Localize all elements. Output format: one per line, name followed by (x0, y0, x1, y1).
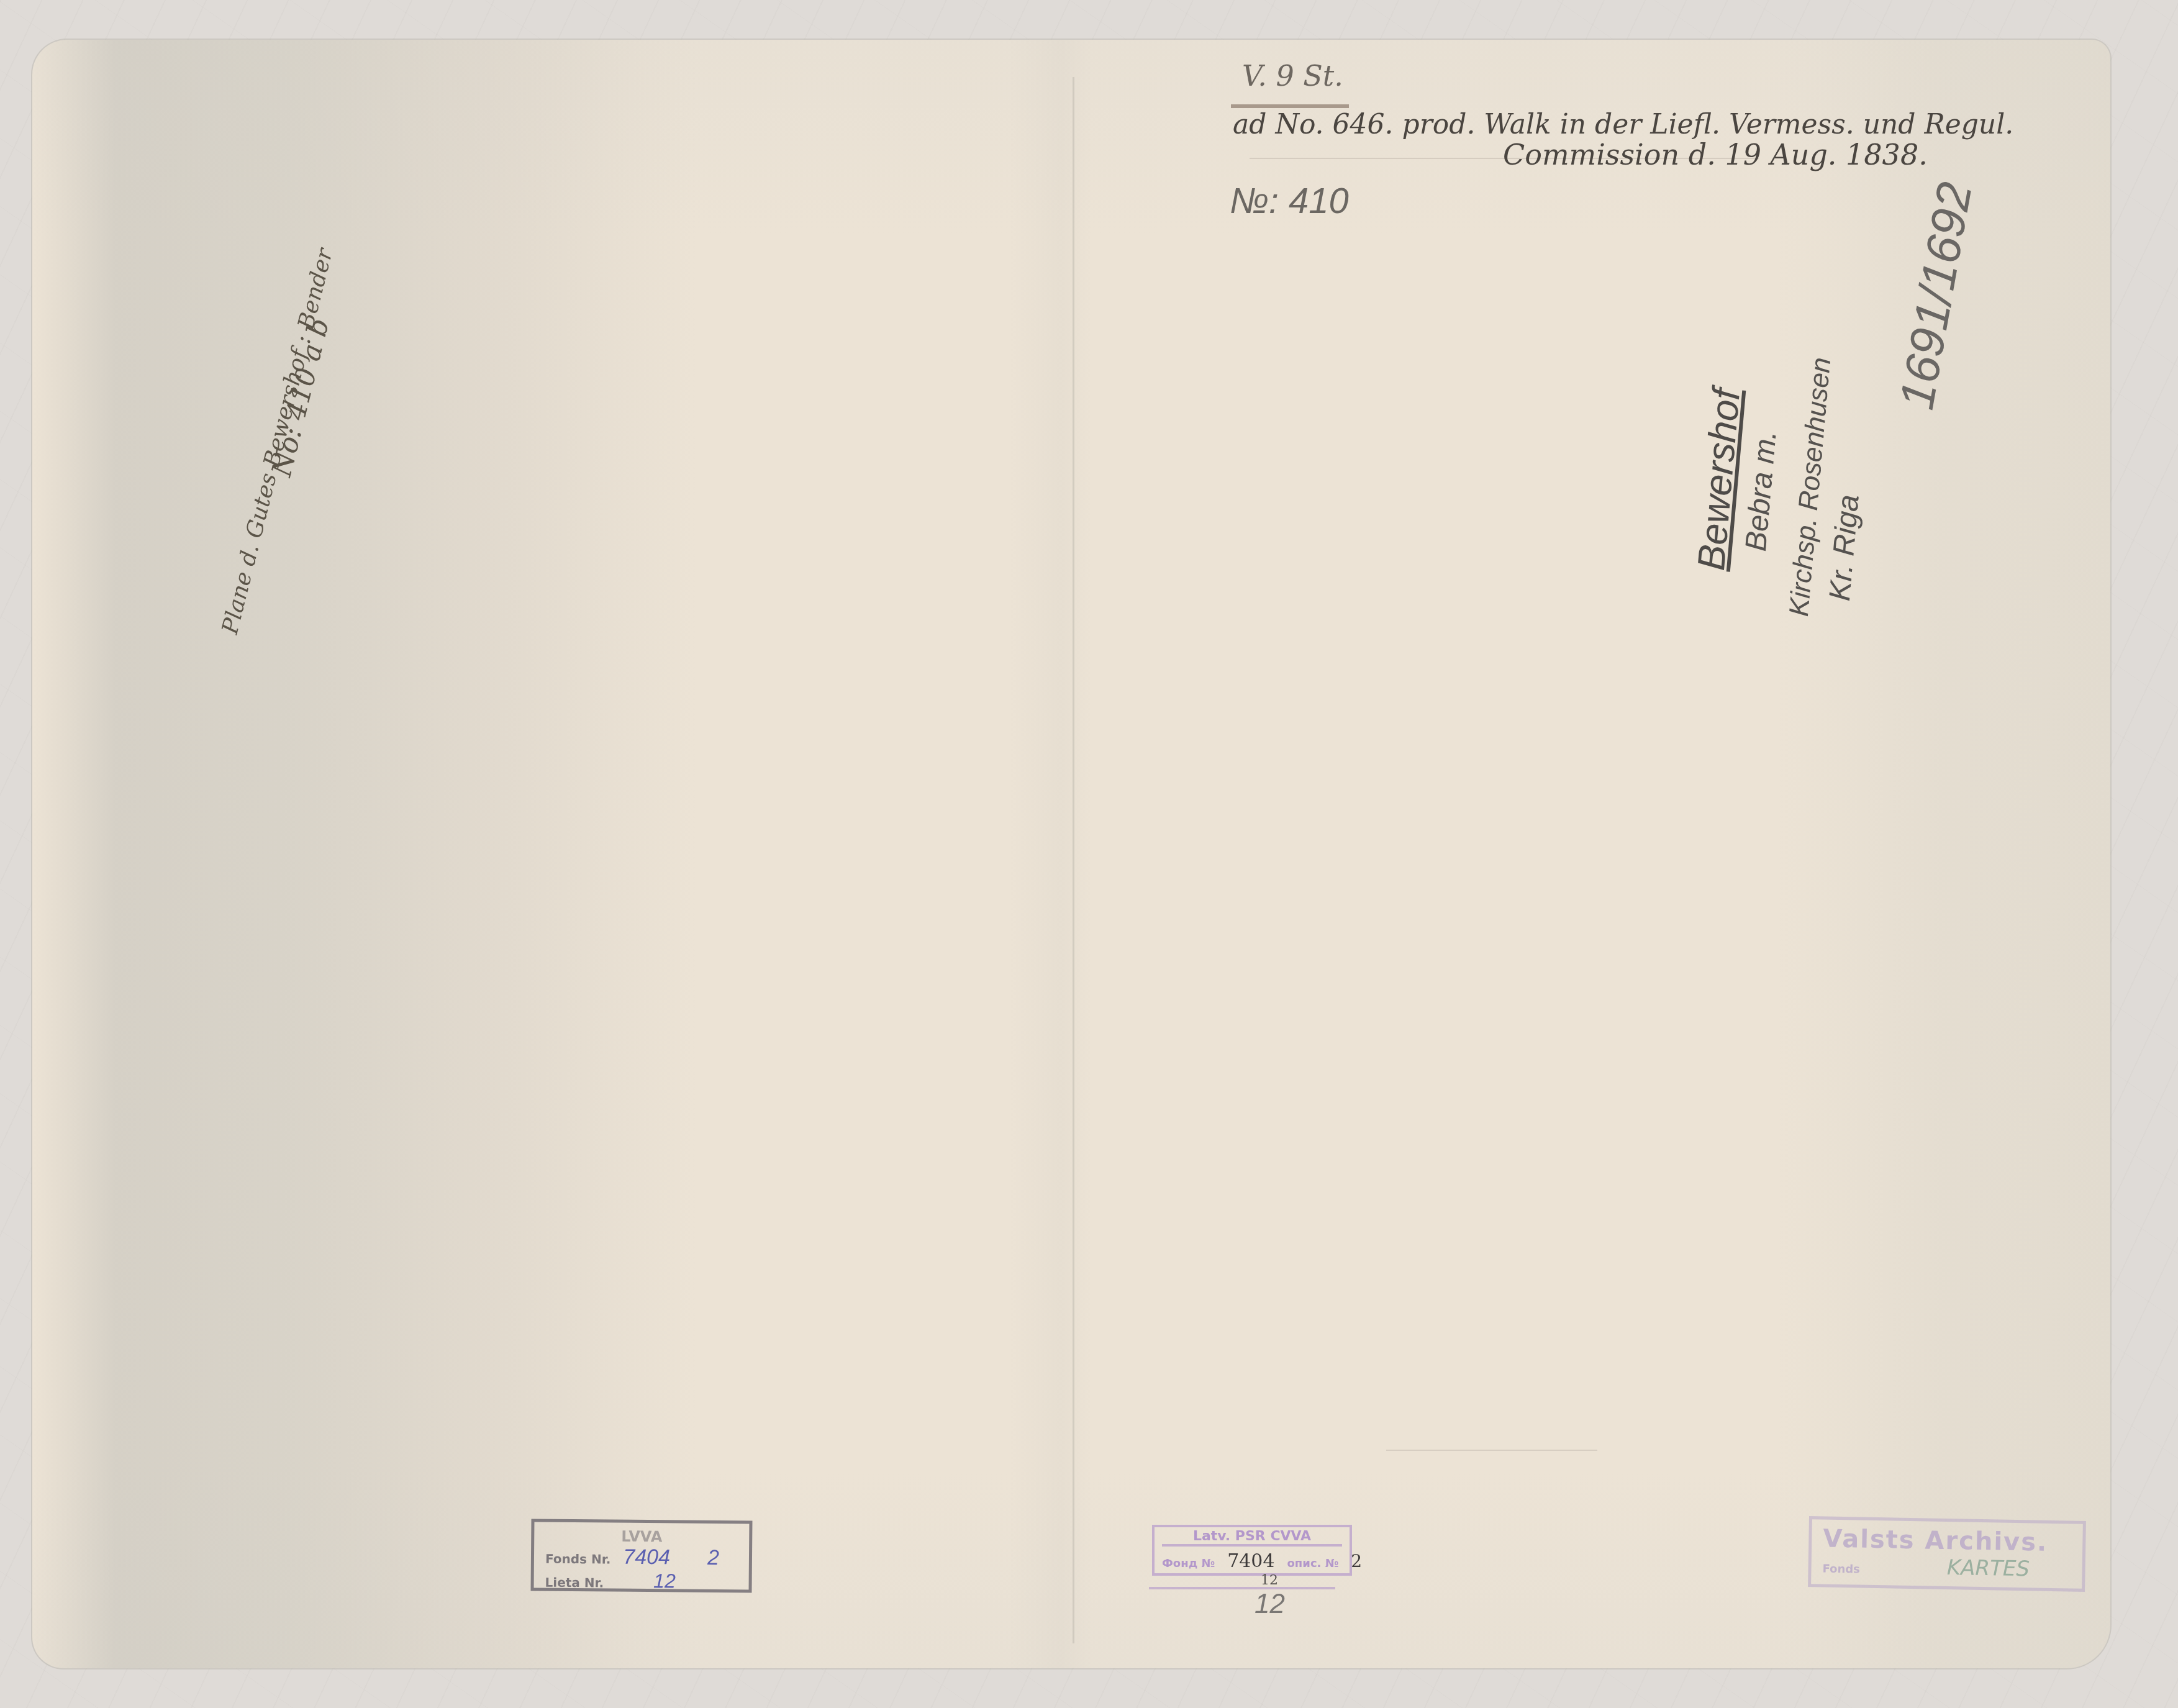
sheet-number-pencil: 12 (1255, 1589, 1285, 1620)
cvva-archive-stamp: Latv. PSR CVVA Фонд № 7404 опис. № 2 (1152, 1525, 1352, 1576)
center-fold-line (1073, 77, 1074, 1643)
apr-label: опис. № (1287, 1557, 1338, 1570)
plan-number: №: 410 (1230, 180, 1349, 222)
apr-value: 2 (1351, 1551, 1362, 1571)
fonds-label: Fonds (1822, 1563, 1860, 1576)
registry-line-1: ad No. 646. prod. Walk in der Liefl. Ver… (1233, 109, 2013, 140)
lieta-label: Lieta Nr. (545, 1575, 604, 1591)
fonds-label: Фонд № (1162, 1557, 1215, 1570)
lieta-value-small: 12 (1261, 1573, 1278, 1588)
stamp-header: LVVA (545, 1527, 738, 1547)
stamp-rule (1149, 1587, 1335, 1589)
fonds-value: KARTES (1947, 1555, 2030, 1581)
apr-value: 2 (707, 1546, 719, 1570)
underline-rule (1231, 104, 1349, 108)
fonds-value: 7404 (1227, 1550, 1274, 1572)
lvva-archive-stamp: LVVA Fonds Nr. 7404 2 Lieta Nr. 12 (531, 1519, 753, 1592)
lieta-value: 12 (653, 1569, 676, 1592)
stamp-header: Latv. PSR CVVA (1162, 1529, 1342, 1547)
fonds-label: Fonds Nr. (545, 1551, 611, 1567)
document-sheet (32, 40, 2110, 1668)
stamp-header: Valsts Archivs. (1823, 1525, 2072, 1558)
bleed-through-line (1386, 1450, 1597, 1451)
valsts-archivs-stamp: Valsts Archivs. Fonds KARTES (1808, 1516, 2086, 1592)
reference-note: V. 9 St. (1242, 59, 1343, 93)
fonds-value: 7404 (623, 1545, 670, 1570)
registry-line-2: Commission d. 19 Aug. 1838. (1503, 138, 1928, 171)
